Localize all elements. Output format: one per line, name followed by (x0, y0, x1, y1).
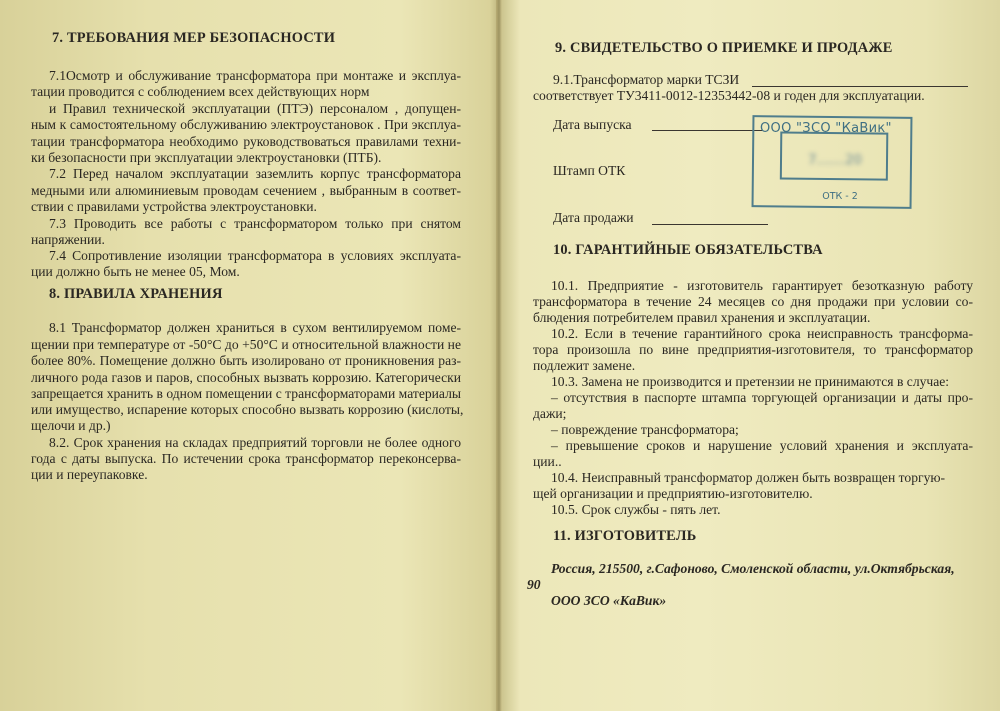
s10-line: 10.2. Если в течение гарантийного срока … (533, 326, 973, 343)
s8-line: щении при температуре от -50°С до +50°С … (31, 337, 461, 354)
s7-line: 7.3 Проводить все работы с трансформатор… (31, 216, 461, 233)
s8-line: ции и переупаковке. (31, 467, 461, 484)
section-7-heading: 7. ТРЕБОВАНИЯ МЕР БЕЗОПАСНОСТИ (52, 30, 335, 47)
s7-line: 7.1Осмотр и обслуживание трансформатора … (31, 68, 461, 85)
s10-line: ции.. (533, 454, 973, 471)
s10-line: – превышение сроков и нарушение условий … (533, 438, 973, 455)
s8-line: 8.2. Срок хранения на складах предприяти… (31, 435, 461, 452)
s8-line: щелочи и др.) (31, 418, 461, 435)
section-10-heading: 10. ГАРАНТИЙНЫЕ ОБЯЗАТЕЛЬСТВА (553, 242, 823, 259)
stamp-company-name: ООО "ЗСО "КаВик" (760, 121, 910, 136)
s7-line: тации проводится с соблюдением всех дейс… (31, 84, 461, 101)
s7-line: медными или алюминиевым проводам сечение… (31, 183, 461, 200)
s10-line: – отсутствия в паспорте штампа торгующей… (533, 390, 973, 407)
s10-line: дажи; (533, 406, 973, 423)
s7-line: 7.2 Перед началом эксплуатации заземлить… (31, 166, 461, 183)
s8-line: или имущество, испарение которых способн… (31, 402, 461, 419)
s7-line: ки безопасности при эксплуатации электро… (31, 150, 461, 167)
s8-line: более 80%. Помещение должно быть изолиро… (31, 353, 461, 370)
section-11-heading: 11. ИЗГОТОВИТЕЛЬ (553, 528, 696, 545)
s9-compliance-line: соответствует ТУ3411-0012-12353442-08 и … (533, 88, 925, 105)
s7-line: ции должно быть не менее 05, Мом. (31, 264, 461, 281)
s7-line: тации трансформатора необходимо руководс… (31, 134, 461, 151)
s8-line: запрещается хранить в одном помещении с … (31, 386, 461, 403)
s10-line: 10.1. Предприятие - изготовитель гаранти… (533, 278, 973, 295)
s10-line: блюдения потребителем правил хранения и … (533, 310, 973, 327)
s10-line: щей организации и предприятию-изготовите… (533, 486, 973, 503)
s7-line: ным к самостоятельному обслуживанию элек… (31, 117, 461, 134)
s10-line: трансформатора в течение 24 месяцев со д… (533, 294, 973, 311)
transformer-model-blank (752, 86, 968, 87)
sale-date-blank (652, 224, 768, 225)
s8-line: личного рода газов и паров, способных вы… (31, 370, 461, 387)
manufacturer-company: ООО ЗСО «КаВик» (551, 593, 666, 610)
stamp-number-blurred: 7.......20 (790, 153, 880, 173)
section-9-heading: 9. СВИДЕТЕЛЬСТВО О ПРИЕМКЕ И ПРОДАЖЕ (555, 40, 893, 57)
s10-line: 10.3. Замена не производится и претензии… (533, 374, 973, 391)
s10-line: 10.5. Срок службы - пять лет. (533, 502, 973, 519)
s10-line: – повреждение трансформатора; (533, 422, 973, 439)
s10-line: подлежит замене. (533, 358, 973, 375)
s7-line: ствии с правилами устройства электроуста… (31, 199, 461, 216)
s7-line: напряжении. (31, 232, 461, 249)
s9-transformer-model-line: 9.1.Трансформатор марки ТСЗИ (553, 72, 739, 89)
s8-line: года с даты выпуска. По истечении срока … (31, 451, 461, 468)
section-8-heading: 8. ПРАВИЛА ХРАНЕНИЯ (49, 286, 223, 303)
release-date-blank (652, 130, 762, 131)
s10-line: тора произошла по вине предприятия-изгот… (533, 342, 973, 359)
release-date-label: Дата выпуска (553, 117, 632, 134)
s8-line: 8.1 Трансформатор должен храниться в сух… (31, 320, 461, 337)
manufacturer-address-number: 90 (527, 577, 541, 594)
s7-line: 7.4 Сопротивление изоляции трансформатор… (31, 248, 461, 265)
manufacturer-address: Россия, 215500, г.Сафоново, Смоленской о… (551, 561, 955, 578)
sale-date-label: Дата продажи (553, 210, 634, 227)
s7-line: и Правил технической эксплуатации (ПТЭ) … (31, 101, 461, 118)
s10-line: 10.4. Неисправный трансформатор должен б… (533, 470, 973, 487)
otk-stamp-label: Штамп ОТК (553, 163, 625, 180)
book-spine (496, 0, 502, 711)
stamp-otk-label: ОТК - 2 (800, 191, 880, 202)
